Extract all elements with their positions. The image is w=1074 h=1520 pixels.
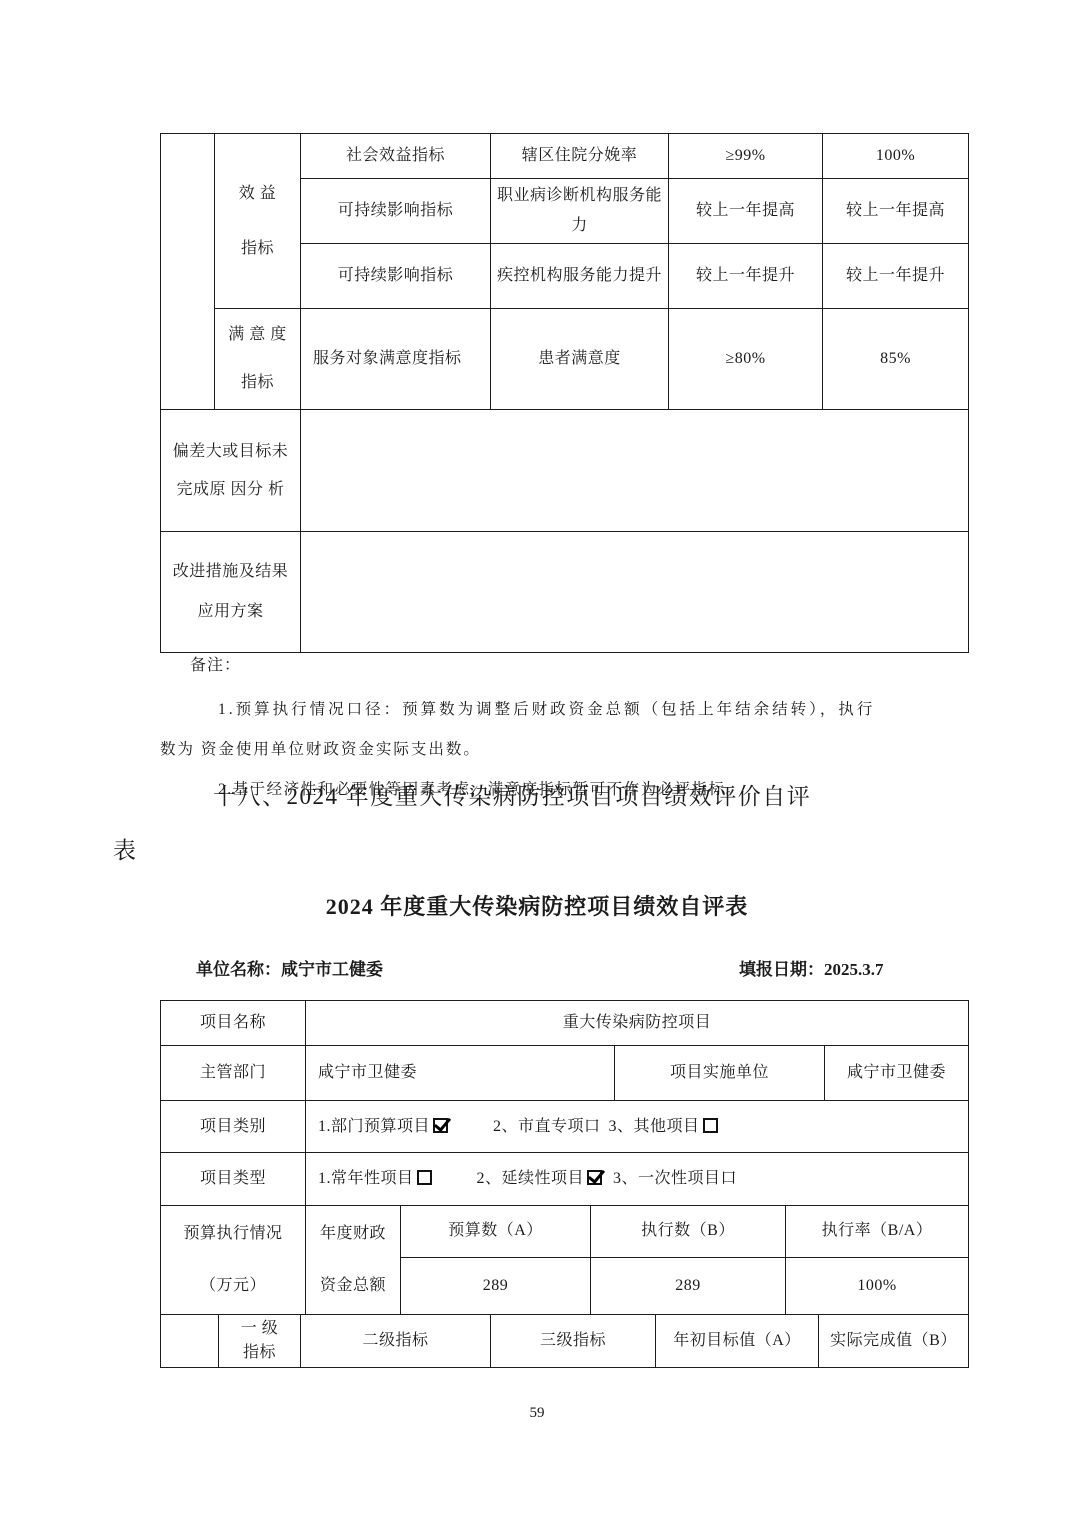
execution-rate-value: 100% <box>786 1257 969 1314</box>
checkbox-checked-icon[interactable] <box>433 1118 448 1133</box>
improvement-plan-label: 改进措施及结果 应用方案 <box>161 532 301 653</box>
satisfaction-group-line2: 指标 <box>221 359 294 407</box>
project-name-value: 重大传染病防控项目 <box>306 1001 969 1046</box>
project-name-row: 项目名称 重大传染病防控项目 <box>160 1000 969 1046</box>
table-row: 效 益 指标 社会效益指标 辖区住院分娩率 ≥99% 100% <box>161 134 969 179</box>
lvl2-indicator-cell: 可持续影响指标 <box>301 244 491 309</box>
category-options-cell: 1.部门预算项目2、市直专项口3、其他项目 <box>306 1101 969 1153</box>
performance-indicators-table: 效 益 指标 社会效益指标 辖区住院分娩率 ≥99% 100% 可持续影响指标 … <box>160 133 969 653</box>
category-label: 项目类别 <box>161 1101 306 1153</box>
lvl1-header-line1: 一 级 <box>225 1317 294 1341</box>
lvl3-indicator-cell: 职业病诊断机构服务能力 <box>491 179 669 244</box>
budget-label-line1: 预算执行情况 <box>167 1208 299 1260</box>
department-row: 主管部门 咸宁市卫健委 项目实施单位 咸宁市卫健委 <box>160 1045 969 1101</box>
project-type-row: 项目类型 1.常年性项目2、延续性项目3、一次性项目口 <box>160 1152 969 1206</box>
lvl2-indicator-header: 二级指标 <box>301 1315 491 1368</box>
lvl3-indicator-cell: 疾控机构服务能力提升 <box>491 244 669 309</box>
spacer-cell <box>161 134 215 410</box>
lvl3-indicator-cell: 患者满意度 <box>491 309 669 410</box>
section-heading-line1: 十八、2024 年度重大传染病防控项目项目绩效评价自评 <box>113 778 983 816</box>
improvement-plan-input-cell[interactable] <box>301 532 969 653</box>
initial-target-header: 年初目标值（A） <box>656 1315 819 1368</box>
checkbox-empty-icon[interactable] <box>703 1118 718 1133</box>
target-value-cell: 较上一年提升 <box>669 244 823 309</box>
lvl2-indicator-cell: 社会效益指标 <box>301 134 491 179</box>
checkbox-checked-icon[interactable] <box>587 1170 602 1185</box>
lvl3-indicator-cell: 辖区住院分娩率 <box>491 134 669 179</box>
indicator-header-row: 一 级 指标 二级指标 三级指标 年初目标值（A） 实际完成值（B） <box>160 1314 969 1368</box>
deviation-analysis-input-cell[interactable] <box>301 410 969 532</box>
type-label: 项目类型 <box>161 1153 306 1206</box>
lvl1-header-line2: 指标 <box>225 1341 294 1365</box>
type-option-1: 1.常年性项目 <box>318 1170 414 1187</box>
page-number: 59 <box>0 1405 1074 1422</box>
lvl2-indicator-cell: 可持续影响指标 <box>301 179 491 244</box>
table-row: 偏差大或目标未完成原 因分 析 <box>161 410 969 532</box>
improvement-plan-line1: 改进措施及结果 <box>167 552 294 592</box>
execution-col-header: 执行数（B） <box>591 1206 786 1258</box>
checkbox-empty-icon[interactable] <box>417 1170 432 1185</box>
type-options-cell: 1.常年性项目2、延续性项目3、一次性项目口 <box>306 1153 969 1206</box>
report-date: 填报日期：2025.3.7 <box>739 955 884 980</box>
section-heading: 十八、2024 年度重大传染病防控项目项目绩效评价自评 表 <box>113 778 983 870</box>
actual-value-cell: 较上一年提高 <box>823 179 969 244</box>
target-value-cell: ≥80% <box>669 309 823 410</box>
section-heading-line2: 表 <box>113 832 983 870</box>
budget-label-line2: （万元） <box>167 1260 299 1312</box>
budget-col-header: 预算数（A） <box>401 1206 591 1258</box>
fund-label-line2: 资金总额 <box>312 1260 394 1312</box>
benefit-group-line2: 指标 <box>221 221 294 276</box>
document-page: 效 益 指标 社会效益指标 辖区住院分娩率 ≥99% 100% 可持续影响指标 … <box>0 0 1074 1520</box>
table-row: 满 意 度 指标 服务对象满意度指标 患者满意度 ≥80% 85% <box>161 309 969 410</box>
dept-label: 主管部门 <box>161 1046 306 1101</box>
actual-completion-header: 实际完成值（B） <box>819 1315 969 1368</box>
budget-amount-value: 289 <box>401 1257 591 1314</box>
note-1-line2: 数为 资金使用单位财政资金实际支出数。 <box>160 730 950 770</box>
impl-unit-label: 项目实施单位 <box>615 1046 825 1101</box>
form-meta-line: 单位名称：咸宁市工健委 填报日期：2025.3.7 <box>0 955 1074 985</box>
self-evaluation-table: 项目名称 重大传染病防控项目 主管部门 咸宁市卫健委 项目实施单位 咸宁市卫健委… <box>160 1000 968 1368</box>
lvl3-indicator-header: 三级指标 <box>491 1315 656 1368</box>
execution-amount-value: 289 <box>591 1257 786 1314</box>
category-option-2: 2、市直专项口 <box>493 1118 601 1135</box>
budget-execution-label: 预算执行情况 （万元） <box>161 1206 306 1315</box>
actual-value-cell: 较上一年提升 <box>823 244 969 309</box>
unit-name: 单位名称：咸宁市工健委 <box>196 955 383 980</box>
benefit-group-cell: 效 益 指标 <box>215 134 301 309</box>
rate-col-header: 执行率（B/A） <box>786 1206 969 1258</box>
notes-title: 备注： <box>190 652 241 675</box>
project-category-row: 项目类别 1.部门预算项目2、市直专项口3、其他项目 <box>160 1100 969 1153</box>
category-option-3: 3、其他项目 <box>609 1118 700 1135</box>
benefit-group-line1: 效 益 <box>221 166 294 221</box>
actual-value-cell: 100% <box>823 134 969 179</box>
category-option-1: 1.部门预算项目 <box>318 1118 430 1135</box>
annual-fund-label: 年度财政 资金总额 <box>306 1206 401 1315</box>
dept-value: 咸宁市卫健委 <box>306 1046 615 1101</box>
target-value-cell: 较上一年提高 <box>669 179 823 244</box>
satisfaction-group-cell: 满 意 度 指标 <box>215 309 301 410</box>
impl-unit-value: 咸宁市卫健委 <box>825 1046 969 1101</box>
lvl1-indicator-header: 一 级 指标 <box>219 1315 301 1368</box>
satisfaction-group-line1: 满 意 度 <box>221 311 294 359</box>
fund-label-line1: 年度财政 <box>312 1208 394 1260</box>
lvl2-indicator-cell: 服务对象满意度指标 <box>301 309 491 410</box>
project-name-label: 项目名称 <box>161 1001 306 1046</box>
type-option-3: 3、一次性项目口 <box>613 1170 737 1187</box>
type-option-2: 2、延续性项目 <box>477 1170 585 1187</box>
actual-value-cell: 85% <box>823 309 969 410</box>
spacer-cell <box>161 1315 219 1368</box>
note-1-line1: 1.预算执行情况口径：预算数为调整后财政资金总额（包括上年结余结转），执行 <box>160 690 950 730</box>
form-title: 2024 年度重大传染病防控项目绩效自评表 <box>0 890 1074 921</box>
deviation-analysis-label: 偏差大或目标未完成原 因分 析 <box>161 410 301 532</box>
budget-execution-rows: 预算执行情况 （万元） 年度财政 资金总额 预算数（A） 执行数（B） 执行率（… <box>160 1205 969 1315</box>
improvement-plan-line2: 应用方案 <box>167 592 294 632</box>
table-row: 改进措施及结果 应用方案 <box>161 532 969 653</box>
target-value-cell: ≥99% <box>669 134 823 179</box>
